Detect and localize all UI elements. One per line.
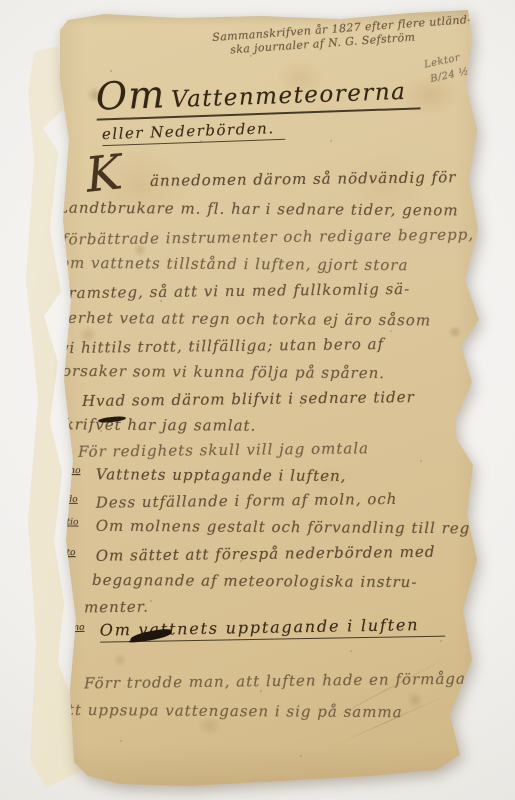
list-num: 3 <box>56 516 67 534</box>
list-marker: 1mo <box>56 465 90 483</box>
body-line: orsaker som vi kunna följa på spåren. <box>62 362 385 382</box>
body-line: ännedomen därom så nödvändig för <box>150 168 457 190</box>
list-ord: mo <box>67 466 81 476</box>
heading-marker: 1mo <box>60 622 94 641</box>
list-marker: 2do <box>56 494 90 512</box>
manuscript-page-wrap: Sammanskrifven år 1827 efter flere utlän… <box>0 0 515 800</box>
list-num: 4 <box>56 547 67 565</box>
body-line: skrifvet har jag samlat. <box>56 415 256 434</box>
body-line: menter. <box>84 598 149 617</box>
dropcap-initial: K <box>83 144 125 203</box>
body-line: För redighets skull vill jag omtala <box>78 439 369 461</box>
list-ord: to <box>66 548 75 558</box>
photo-backdrop: Sammanskrifven år 1827 efter flere utlän… <box>0 0 515 800</box>
list-num: 2 <box>56 494 67 512</box>
heading-ord: mo <box>70 623 84 633</box>
list-item: 3tio Om molnens gestalt och förvandling … <box>56 516 501 537</box>
list-text: Dess utfällande i form af moln, och <box>96 490 398 512</box>
title-word-om: Om <box>95 72 166 118</box>
body-line: begagnande af meteorologiska instru- <box>92 571 418 591</box>
manuscript-page: Sammanskrifven år 1827 efter flere utlän… <box>0 0 515 800</box>
list-num: 1 <box>56 465 67 483</box>
list-text: Om molnens gestalt och förvandling till … <box>96 517 501 538</box>
list-item: 1mo Vattnets upptagande i luften, <box>56 465 347 485</box>
list-marker: 3tio <box>56 516 90 534</box>
heading-num: 1 <box>60 622 71 640</box>
list-ord: do <box>66 495 77 505</box>
list-ord: tio <box>67 518 79 528</box>
title-rest: Vattenmeteorerna <box>171 79 407 113</box>
body-line: om vattnets tillstånd i luften, gjort st… <box>60 254 409 274</box>
foxing-speckles <box>0 0 2 2</box>
body-line: Landtbrukare m. fl. har i sednare tider,… <box>58 199 459 220</box>
list-text: Vattnets upptagande i luften, <box>96 465 347 485</box>
list-marker: 4to <box>56 547 90 565</box>
body-line: att uppsupa vattengasen i sig på samma <box>58 701 403 721</box>
body-line: kerhet veta att regn och torka ej äro så… <box>58 309 431 330</box>
